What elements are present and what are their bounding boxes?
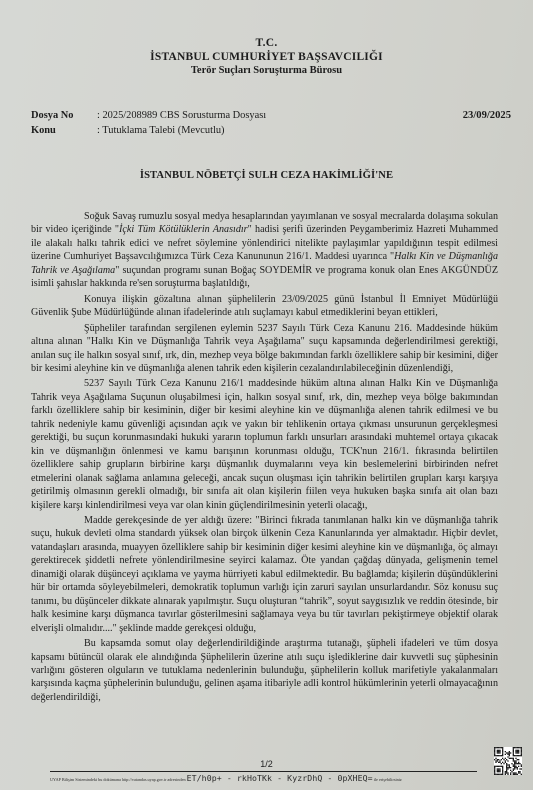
document-date: 23/09/2025 (463, 110, 511, 121)
file-number-value: : 2025/208989 CBS Sorusturma Dosyası (97, 110, 266, 121)
qr-code-icon (494, 747, 522, 775)
header-office: İSTANBUL CUMHURİYET BAŞSAVCILIĞI (0, 51, 533, 63)
document-page: T.C. İSTANBUL CUMHURİYET BAŞSAVCILIĞI Te… (0, 0, 533, 790)
verify-prefix: UYAP Bilişim Sistemindeki bu dokümana ht… (50, 777, 186, 782)
paragraph-2: Konuya ilişkin gözaltına alınan şüphelil… (31, 293, 498, 320)
paragraph-5: Madde gerekçesinde de yer aldığı üzere: … (31, 514, 498, 635)
addressee: İSTANBUL NÖBETÇİ SULH CEZA HAKİMLİĞİ'NE (0, 170, 533, 181)
subject-value: : Tutuklama Talebi (Mevcutlu) (97, 125, 225, 136)
paragraph-4: 5237 Sayılı Türk Ceza Kanunu 216/1 madde… (31, 377, 498, 512)
paragraph-6: Bu kapsamda somut olay değerlendirildiği… (31, 637, 498, 704)
file-number-label: Dosya No (31, 110, 73, 121)
page-number: 1/2 (0, 759, 533, 769)
paragraph-1: Soğuk Savaş rumuzlu sosyal medya hesapla… (31, 210, 498, 291)
subject-label: Konu (31, 125, 56, 136)
document-body: Soğuk Savaş rumuzlu sosyal medya hesapla… (31, 210, 498, 704)
verify-code: ET/h0p+ - rkHoTKk - KyzrDhQ - 0pXHEQ= (187, 773, 373, 783)
verify-suffix: ile erişebilirsiniz (374, 777, 402, 782)
p1-quote-hadith: İçki Tüm Kötülüklerin Anasıdır (119, 224, 248, 235)
header-bureau: Terör Suçları Soruşturma Bürosu (0, 65, 533, 76)
uyap-verification-footer: UYAP Bilişim Sistemindeki bu dokümana ht… (50, 773, 480, 783)
paragraph-3: Şüpheliler tarafından sergilenen eylemin… (31, 322, 498, 376)
footer-divider (50, 771, 477, 772)
header-tc: T.C. (0, 37, 533, 49)
